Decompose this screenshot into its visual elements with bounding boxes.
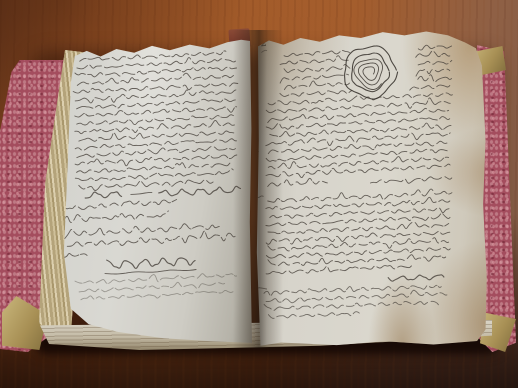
ink-stroke (264, 301, 438, 310)
ink-stroke (63, 200, 177, 210)
ink-stroke (410, 85, 450, 90)
ink-stroke (75, 155, 237, 166)
ink-stroke (418, 60, 452, 65)
left-manuscript-page (55, 36, 253, 346)
ink-stroke (268, 189, 452, 202)
ink-stroke (77, 163, 233, 173)
ink-stroke (77, 146, 236, 157)
ink-stroke (416, 69, 450, 76)
ink-stroke (79, 131, 234, 141)
ink-stroke (266, 213, 450, 226)
ink-stroke (159, 186, 241, 195)
ink-stroke (266, 266, 411, 274)
ink-stroke (79, 180, 215, 191)
ink-stroke (284, 81, 349, 90)
ink-stroke (354, 59, 383, 89)
ink-stroke (67, 231, 235, 246)
ink-stroke (266, 247, 450, 258)
ink-stroke (63, 254, 87, 258)
ink-stroke (65, 224, 221, 239)
ink-stroke (75, 139, 236, 151)
ink-stroke (418, 45, 451, 50)
ink-stroke (418, 75, 452, 82)
gutter-shadow (233, 30, 283, 348)
ink-stroke (77, 73, 235, 85)
ink-stroke (75, 169, 233, 181)
ink-stroke (352, 53, 390, 92)
ink-stroke (107, 258, 195, 268)
ink-stroke (79, 282, 225, 292)
ink-stroke (280, 56, 349, 65)
ink-stroke (266, 149, 450, 161)
right-manuscript-page: 2 (252, 27, 494, 349)
ink-stroke (61, 211, 168, 227)
ink-stroke (270, 208, 451, 219)
ink-stroke (77, 115, 235, 125)
ink-stroke (77, 99, 236, 109)
ink-stroke (268, 157, 448, 169)
ink-stroke (284, 64, 350, 72)
ink-stroke (75, 107, 237, 117)
ink-stroke (268, 255, 446, 266)
ink-stroke (75, 120, 237, 133)
ink-stroke (270, 123, 451, 137)
ink-stroke (370, 177, 451, 184)
ink-stroke (75, 274, 237, 284)
ink-stroke (266, 231, 450, 244)
ink-stroke (388, 275, 444, 281)
ink-stroke (284, 50, 350, 56)
ink-stroke (73, 83, 238, 93)
right-page-handwriting (252, 27, 494, 349)
ink-stroke (266, 164, 450, 177)
ink-stroke (280, 91, 352, 97)
ink-stroke (75, 90, 236, 103)
ink-stroke (131, 192, 152, 194)
ink-stroke (105, 270, 196, 275)
left-page-handwriting (55, 36, 253, 346)
ink-stroke (85, 192, 121, 198)
photo-open-manuscript: 2 (0, 0, 518, 388)
ink-stroke (416, 51, 450, 57)
